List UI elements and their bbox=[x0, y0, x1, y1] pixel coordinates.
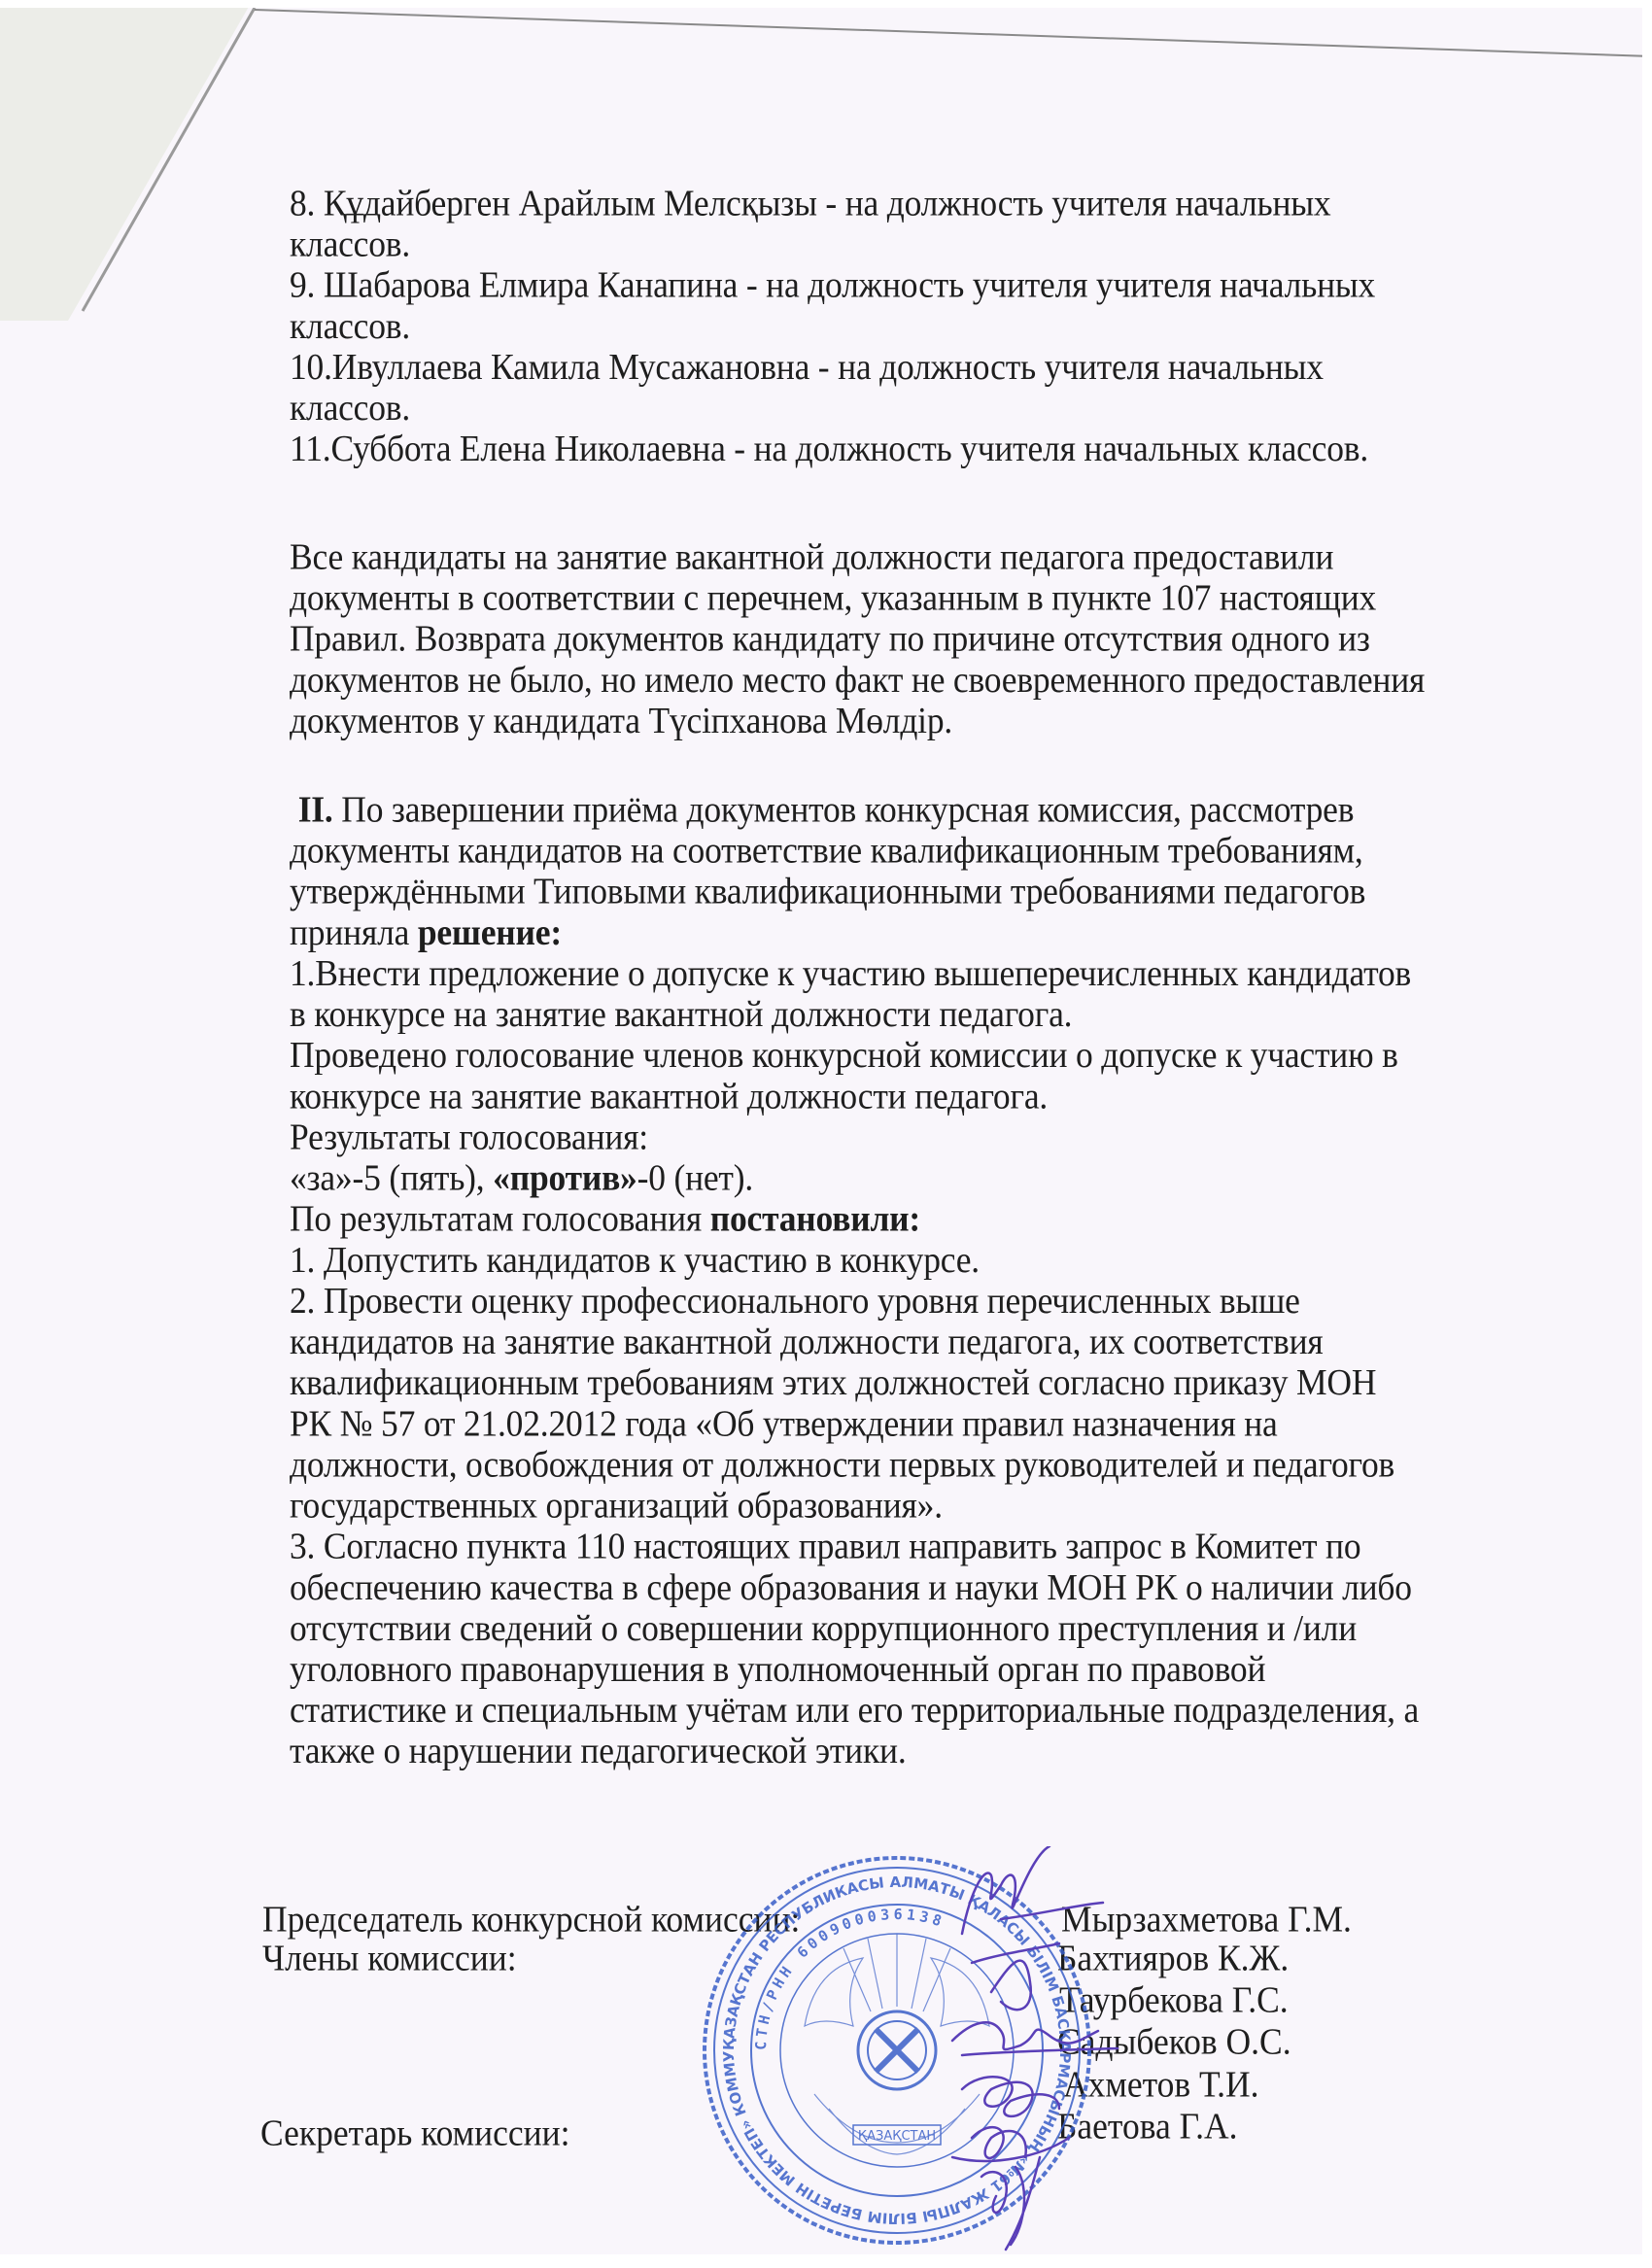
signatory-name: Бахтияров К.Ж. bbox=[1057, 1936, 1289, 1979]
candidate-item: 11.Суббота Елена Николаевна - на должнос… bbox=[290, 429, 1572, 469]
candidate-item: 9. Шабарова Елмира Канапина - на должнос… bbox=[290, 264, 1572, 305]
candidate-item-cont: классов. bbox=[290, 388, 1572, 429]
section-numeral: II. bbox=[298, 788, 333, 830]
candidate-item: 10.Ивуллаева Камила Мусажановна - на дол… bbox=[290, 346, 1572, 387]
signatory-name: Мырзахметова Г.М. bbox=[1061, 1897, 1352, 1941]
svg-text:ҚАЗАҚСТАН: ҚАЗАҚСТАН bbox=[858, 2129, 936, 2144]
documents-paragraph: Все кандидаты на занятие вакантной должн… bbox=[290, 536, 1572, 741]
section-2: II. По завершении приёма документов конк… bbox=[290, 789, 1572, 1771]
candidate-item: 8. Құдайберген Арайлым Мелсқызы - на дол… bbox=[290, 183, 1572, 223]
resolution-3: 3. Согласно пункта 110 настоящих правил … bbox=[290, 1526, 1572, 1566]
signatory-name: Ахметов Т.И. bbox=[1063, 2062, 1259, 2106]
document-page: 8. Құдайберген Арайлым Мелсқызы - на дол… bbox=[0, 0, 1652, 2268]
resolution-1: 1. Допустить кандидатов к участию в конк… bbox=[290, 1239, 1572, 1280]
candidate-item-cont: классов. bbox=[290, 223, 1572, 264]
decision-line: приняла решение: bbox=[290, 911, 1572, 952]
vote-results-label: Результаты голосования: bbox=[290, 1117, 1572, 1157]
vote-results: «за»-5 (пять), «против»-0 (нет). bbox=[290, 1157, 1572, 1198]
members-label: Члены комиссии: bbox=[262, 1936, 517, 1979]
section-2-intro: II. По завершении приёма документов конк… bbox=[290, 789, 1572, 830]
candidate-item-cont: классов. bbox=[290, 305, 1572, 346]
signatory-name: Садыбеков О.С. bbox=[1057, 2019, 1291, 2063]
resolved-line: По результатам голосования постановили: bbox=[290, 1198, 1572, 1239]
signatory-name: Баетова Г.А. bbox=[1057, 2104, 1238, 2148]
signatory-name: Таурбекова Г.С. bbox=[1059, 1977, 1289, 2021]
secretary-label: Секретарь комиссии: bbox=[260, 2111, 570, 2154]
candidate-list: 8. Құдайберген Арайлым Мелсқызы - на дол… bbox=[290, 183, 1572, 469]
chair-label: Председатель конкурсной комиссии: bbox=[262, 1897, 800, 1941]
resolution-2: 2. Провести оценку профессионального уро… bbox=[290, 1280, 1572, 1321]
